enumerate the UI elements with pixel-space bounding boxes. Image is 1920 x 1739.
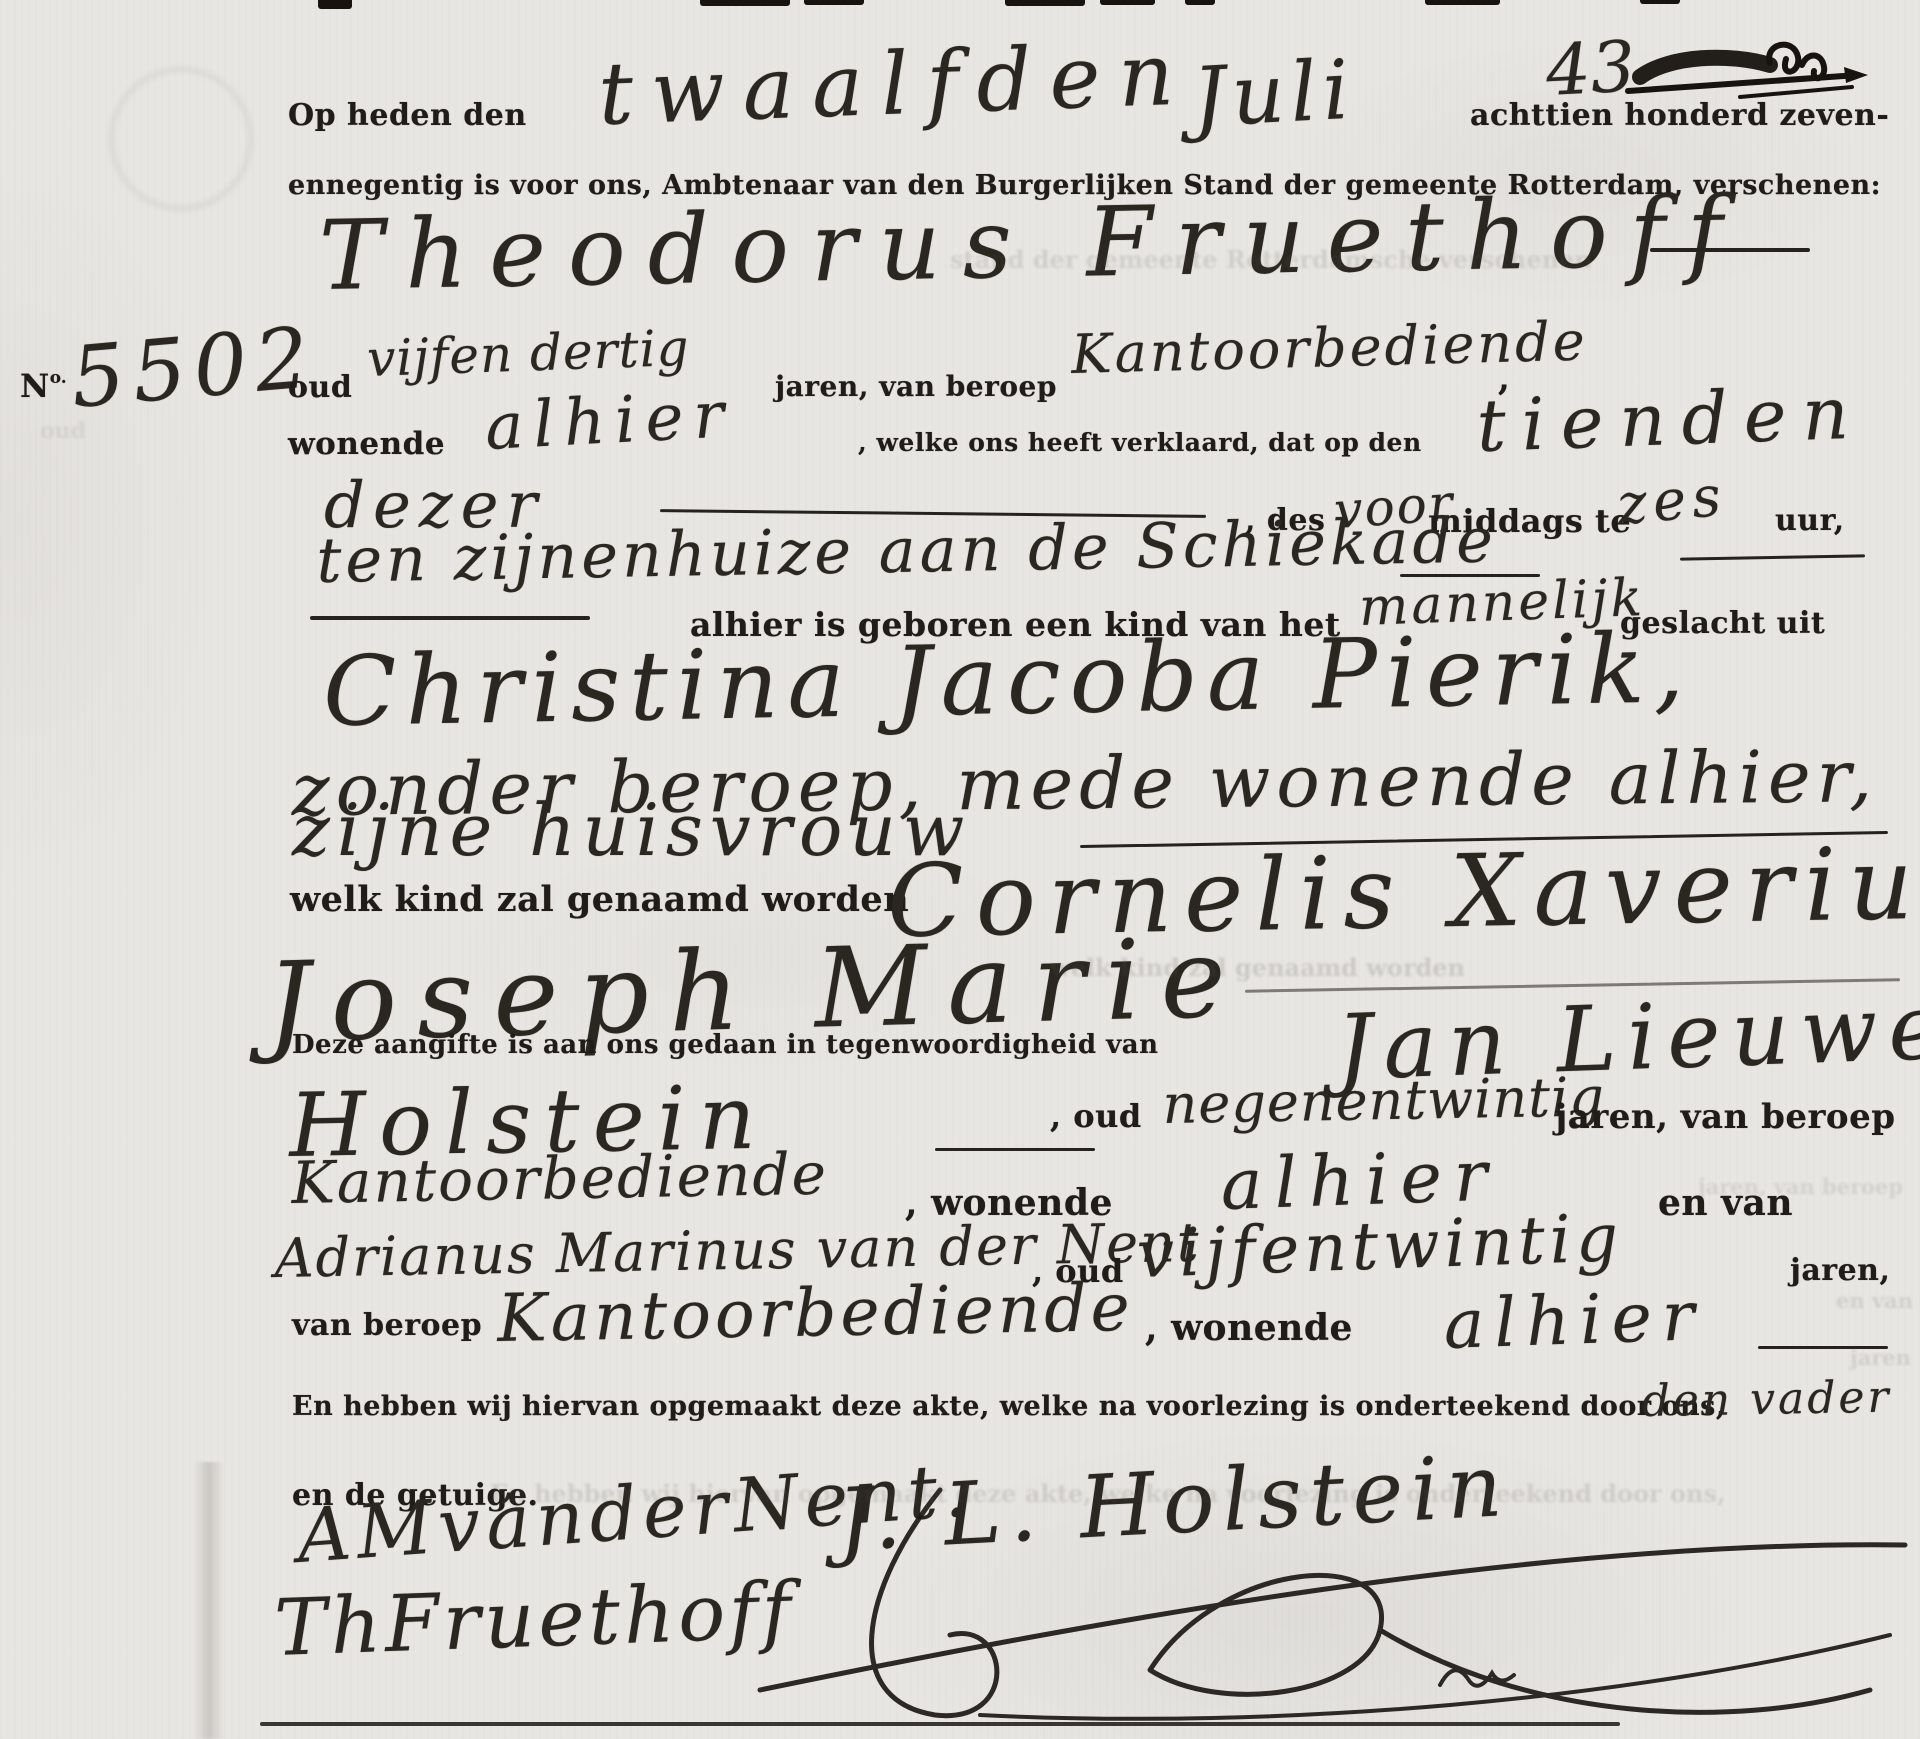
handwritten-date-month: Juli — [1191, 50, 1357, 140]
handwritten-birth-place: ten zijnenhuize aan de Schiekade — [316, 509, 1497, 592]
handwritten-witness2-occupation: Kantoorbediende — [497, 1275, 1134, 1352]
act-number-label-o: o. — [50, 368, 67, 388]
printed-jaren-3: jaren, — [1790, 1255, 1890, 1287]
printed-en-hebben-wij: En hebben wij hiervan opgemaakt deze akt… — [292, 1393, 1726, 1421]
bleed-through-text: En hebben wij hiervan opgemaakt deze akt… — [490, 1482, 1725, 1506]
act-number-label-n: N — [20, 367, 50, 405]
handwritten-den-vader: den vader — [1641, 1376, 1892, 1424]
bleed-through-text: stand der gemeente Rotterdamsche versche… — [950, 248, 1592, 272]
printed-deze-aangifte: Deze aangifte is aan ons gedaan in tegen… — [292, 1032, 1159, 1059]
bleed-through-text: oud — [40, 420, 86, 442]
printed-welke-ons-heeft-verklaard: , welke ons heeft verklaard, dat op den — [858, 430, 1422, 456]
handwritten-birth-day: tienden — [1475, 377, 1865, 462]
bottom-separator-line — [260, 1722, 1620, 1726]
blank-filler-dash — [935, 1148, 1095, 1151]
bleed-through-text: welk kind zal genaamd worden — [1050, 956, 1465, 980]
handwritten-declarant-age: vijfen dertig — [366, 323, 690, 384]
paper-crease — [194, 1462, 224, 1739]
printed-wonende: wonende — [288, 428, 445, 461]
blank-filler-dash — [310, 616, 590, 620]
scan-edge-artifact — [1100, 0, 1155, 5]
handwritten-declarant-residence: alhier — [484, 383, 736, 460]
handwritten-witness2-residence: alhier — [1443, 1283, 1706, 1360]
handwritten-witness1-occupation: Kantoorbediende — [291, 1145, 828, 1212]
handwritten-witness1-age: negenentwintig — [1162, 1070, 1605, 1132]
printed-oud-2: , oud — [1050, 1100, 1142, 1134]
handwritten-declarant-occupation: Kantoorbediende — [1071, 314, 1589, 382]
birth-certificate-scan: 43 Op heden den twaalfden Juli achttien … — [0, 0, 1920, 1739]
scan-edge-artifact — [804, 0, 864, 5]
printed-welk-kind: welk kind zal genaamd worden — [290, 882, 909, 919]
blank-filler-dash — [1680, 554, 1865, 560]
handwritten-act-number: 5502 — [68, 315, 320, 420]
bleed-through-text: jaren, van beroep — [1698, 1176, 1903, 1197]
scan-edge-artifact — [700, 0, 790, 6]
crossed-out-scribble — [1620, 25, 1890, 107]
printed-wonende-3: , wonende — [1145, 1310, 1353, 1348]
handwritten-zijne-huisvrouw: zijne huisvrouw — [292, 794, 971, 866]
scan-edge-artifact — [318, 0, 352, 9]
handwritten-declarant-name: Theodorus Fruethoff — [318, 183, 1745, 304]
printed-jaren-van-beroep-2: jaren, van beroep — [1555, 1100, 1896, 1136]
bleed-through-text: en van — [1836, 1290, 1913, 1311]
registrar-paraph-signature — [680, 1470, 1920, 1739]
printed-uur: uur, — [1775, 505, 1845, 537]
bleed-through-text: jaren — [1850, 1347, 1911, 1368]
handwritten-birth-hour: zes — [1615, 469, 1729, 534]
handwritten-date-day: twaalfden — [597, 31, 1193, 138]
scan-edge-artifact — [1640, 0, 1680, 4]
blank-filler-dash — [1650, 248, 1810, 252]
paper-stain-ring — [108, 66, 254, 212]
printed-year-part1: achttien honderd zeven- — [1470, 100, 1889, 132]
handwritten-mother-name: Christina Jacoba Pierik, — [322, 620, 1693, 740]
scan-edge-artifact — [1425, 0, 1500, 5]
act-number-label: No. — [20, 370, 67, 404]
printed-oud: oud — [288, 372, 352, 404]
handwritten-witness2-age: vijfentwintig — [1136, 1205, 1624, 1288]
printed-op-heden-den: Op heden den — [288, 100, 527, 132]
printed-jaren-van-beroep: jaren, van beroep — [775, 372, 1057, 401]
scan-edge-artifact — [1185, 0, 1215, 5]
printed-van-beroep: van beroep — [292, 1310, 482, 1342]
scan-edge-artifact — [1005, 0, 1085, 6]
